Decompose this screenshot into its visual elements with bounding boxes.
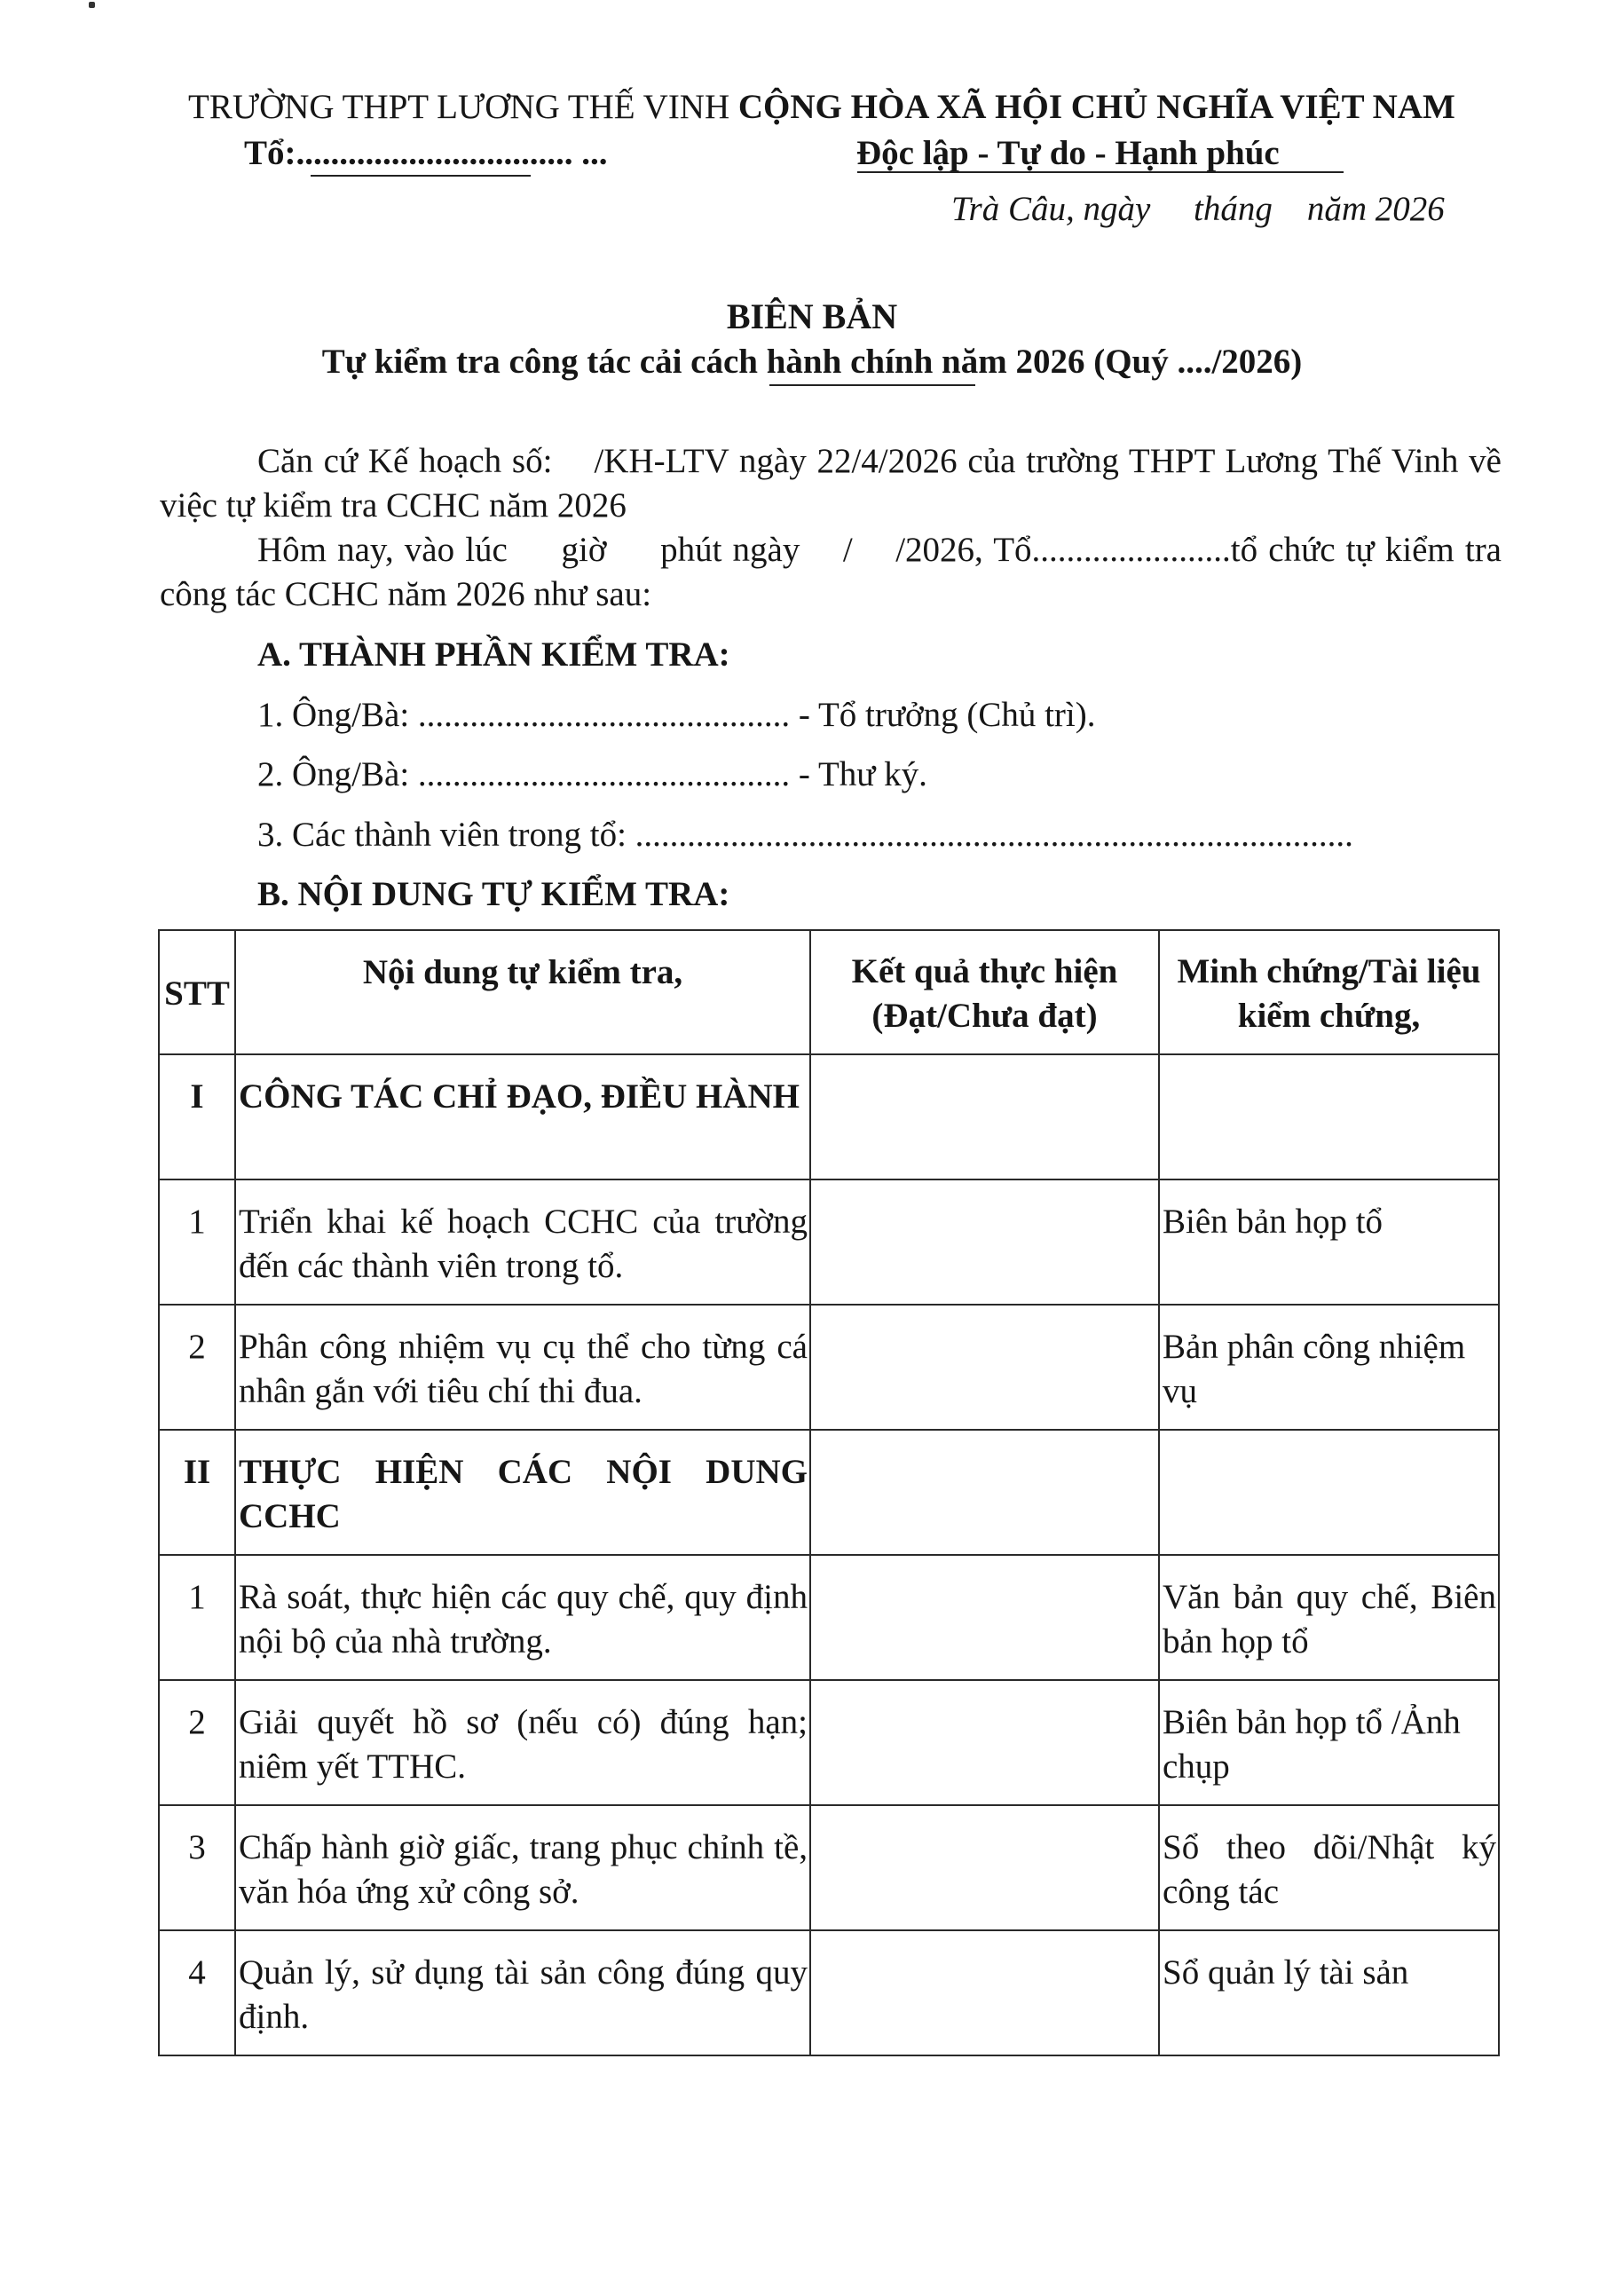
row-stt: 1 <box>159 1179 235 1305</box>
row-stt: 1 <box>159 1555 235 1680</box>
member-chair: 1. Ông/Bà: .............................… <box>257 695 1096 735</box>
table-row: 4Quản lý, sử dụng tài sản công đúng quy … <box>159 1930 1499 2055</box>
date-line: Trà Câu, ngày tháng năm 2026 <box>951 189 1445 229</box>
table-row: 3Chấp hành giờ giấc, trang phục chỉnh tề… <box>159 1805 1499 1930</box>
row-result[interactable] <box>810 1680 1159 1805</box>
row-stt: 2 <box>159 1305 235 1430</box>
section-a-heading: A. THÀNH PHẦN KIỂM TRA: <box>257 635 730 674</box>
row-content: CÔNG TÁC CHỈ ĐẠO, ĐIỀU HÀNH <box>235 1054 810 1179</box>
row-content: Quản lý, sử dụng tài sản công đúng quy đ… <box>235 1930 810 2055</box>
table-row: 1Rà soát, thực hiện các quy chế, quy địn… <box>159 1555 1499 1680</box>
member-secretary: 2. Ông/Bà: .............................… <box>257 754 927 794</box>
header-result: Kết quả thực hiện (Đạt/Chưa đạt) <box>810 930 1159 1054</box>
table-header-row: STT Nội dung tự kiểm tra, Kết quả thực h… <box>159 930 1499 1054</box>
row-evidence: Bản phân công nhiệm vụ <box>1159 1305 1499 1430</box>
document-subtitle: Tự kiểm tra công tác cải cách hành chính… <box>0 342 1624 382</box>
row-evidence: Biên bản họp tổ <box>1159 1179 1499 1305</box>
section-b-heading: B. NỘI DUNG TỰ KIỂM TRA: <box>257 874 729 914</box>
row-result[interactable] <box>810 1430 1159 1555</box>
country-name: CỘNG HÒA XÃ HỘI CHỦ NGHĨA VIỆT NAM <box>738 88 1455 126</box>
motto-underline <box>857 171 1344 173</box>
header-content: Nội dung tự kiểm tra, <box>235 930 810 1054</box>
row-content: Rà soát, thực hiện các quy chế, quy định… <box>235 1555 810 1680</box>
row-evidence: Biên bản họp tổ /Ảnh chụp <box>1159 1680 1499 1805</box>
header-evidence: Minh chứng/Tài liệu kiểm chứng, <box>1159 930 1499 1054</box>
subtitle-underline <box>769 384 975 386</box>
meeting-text: Hôm nay, vào lúc giờ phút ngày / /2026, … <box>160 531 1510 613</box>
school-name: TRƯỜNG THPT LƯƠNG THẾ VINH <box>188 88 729 126</box>
header-stt: STT <box>159 930 235 1054</box>
row-stt: 2 <box>159 1680 235 1805</box>
row-result[interactable] <box>810 1555 1159 1680</box>
department-line: Tổ:................................ ... <box>244 133 608 173</box>
row-result[interactable] <box>810 1179 1159 1305</box>
department-underline <box>311 175 531 177</box>
row-stt: I <box>159 1054 235 1179</box>
row-stt: II <box>159 1430 235 1555</box>
row-evidence: Sổ quản lý tài sản <box>1159 1930 1499 2055</box>
row-content: Triển khai kế hoạch CCHC của trường đến … <box>235 1179 810 1305</box>
department-value: ................................ ... <box>296 134 608 172</box>
row-content: Chấp hành giờ giấc, trang phục chỉnh tề,… <box>235 1805 810 1930</box>
table-section-row: ICÔNG TÁC CHỈ ĐẠO, ĐIỀU HÀNH <box>159 1054 1499 1179</box>
row-content: Giải quyết hồ sơ (nếu có) đúng hạn; niêm… <box>235 1680 810 1805</box>
document-title: BIÊN BẢN <box>0 296 1624 337</box>
row-stt: 4 <box>159 1930 235 2055</box>
row-evidence <box>1159 1054 1499 1179</box>
row-result[interactable] <box>810 1805 1159 1930</box>
meeting-paragraph: Hôm nay, vào lúc giờ phút ngày / /2026, … <box>160 528 1502 617</box>
national-motto: Độc lập - Tự do - Hạnh phúc <box>856 133 1280 173</box>
table-row: 2Giải quyết hồ sơ (nếu có) đúng hạn; niê… <box>159 1680 1499 1805</box>
table-body: ICÔNG TÁC CHỈ ĐẠO, ĐIỀU HÀNH1Triển khai … <box>159 1054 1499 2055</box>
row-evidence: Văn bản quy chế, Biên bản họp tổ <box>1159 1555 1499 1680</box>
scan-speck <box>89 2 95 8</box>
table-row: 2Phân công nhiệm vụ cụ thể cho từng cá n… <box>159 1305 1499 1430</box>
inspection-table: STT Nội dung tự kiểm tra, Kết quả thực h… <box>158 929 1500 2056</box>
row-content: THỰC HIỆN CÁC NỘI DUNG CCHC <box>235 1430 810 1555</box>
member-others: 3. Các thành viên trong tổ: ............… <box>257 815 1353 855</box>
header-line: TRƯỜNG THPT LƯƠNG THẾ VINH CỘNG HÒA XÃ H… <box>188 87 1455 127</box>
basis-paragraph: Căn cứ Kế hoạch số: /KH-LTV ngày 22/4/20… <box>160 439 1502 528</box>
department-label: Tổ: <box>244 134 296 172</box>
row-stt: 3 <box>159 1805 235 1930</box>
table-row: 1Triển khai kế hoạch CCHC của trường đến… <box>159 1179 1499 1305</box>
row-evidence: Sổ theo dõi/Nhật ký công tác <box>1159 1805 1499 1930</box>
basis-text: Căn cứ Kế hoạch số: /KH-LTV ngày 22/4/20… <box>160 442 1510 525</box>
row-result[interactable] <box>810 1054 1159 1179</box>
row-result[interactable] <box>810 1305 1159 1430</box>
row-content: Phân công nhiệm vụ cụ thể cho từng cá nh… <box>235 1305 810 1430</box>
row-evidence <box>1159 1430 1499 1555</box>
row-result[interactable] <box>810 1930 1159 2055</box>
table-section-row: IITHỰC HIỆN CÁC NỘI DUNG CCHC <box>159 1430 1499 1555</box>
